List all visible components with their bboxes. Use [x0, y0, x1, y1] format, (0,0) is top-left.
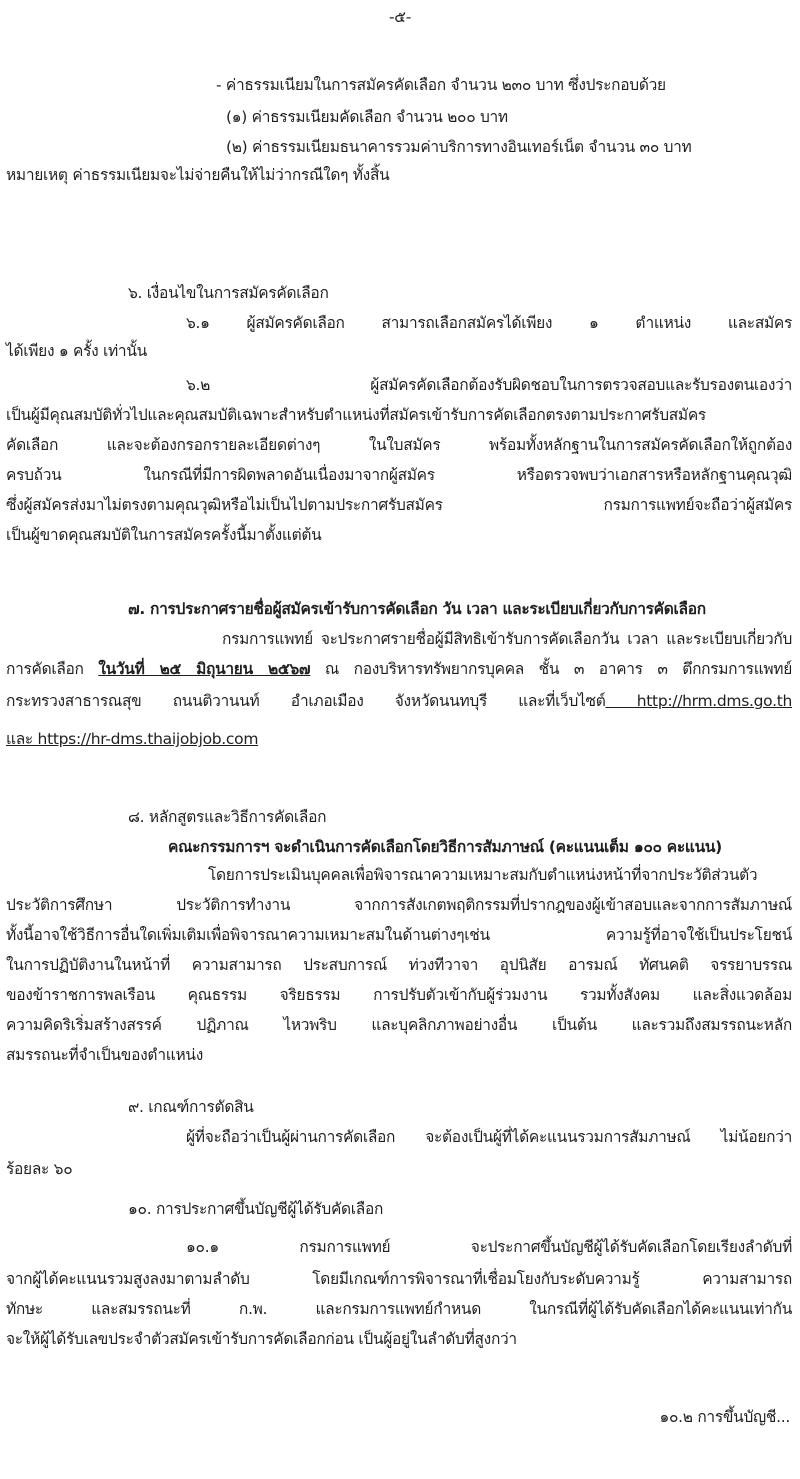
section-8-line: ของข้าราชการพลเรือน คุณธรรม จริยธรรม การ… [6, 982, 792, 1008]
section-6-1-line-1: ๖.๑ ผู้สมัครคัดเลือก สามารถเลือกสมัครได้… [186, 310, 792, 336]
announcement-date: ในวันที่ ๒๕ มิถุนายน ๒๕๖๗ [98, 660, 310, 678]
section-6-2-line: เป็นผู้มีคุณสมบัติทั่วไปและคุณสมบัติเฉพา… [6, 402, 792, 428]
fee-item-2: (๒) ค่าธรรมเนียมธนาคารรวมค่าบริการทางอิน… [226, 134, 691, 160]
section-8-line: โดยการประเมินบุคคลเพื่อพิจารณาความเหมาะส… [208, 862, 792, 888]
section-8-line: ทั้งนี้อาจใช้วิธีการอื่นใดเพิ่มเติมเพื่อ… [6, 922, 792, 948]
section-8-heading: ๘. หลักสูตรและวิธีการคัดเลือก [128, 804, 326, 830]
fee-item-1: (๑) ค่าธรรมเนียมคัดเลือก จำนวน ๒๐๐ บาท [226, 104, 508, 130]
section-7-heading: ๗. การประกาศรายชื่อผู้สมัครเข้ารับการคัด… [128, 596, 706, 622]
section-9-heading: ๙. เกณฑ์การตัดสิน [128, 1094, 254, 1120]
section-7-line-2-prefix: การคัดเลือก [6, 660, 98, 678]
section-8-line: สมรรถนะที่จำเป็นของตำแหน่ง [6, 1042, 203, 1068]
section-8-line: ประวัติการศึกษา ประวัติการทำงาน จากการสั… [6, 892, 792, 918]
section-10-line: ๑๐.๑ กรมการแพทย์ จะประกาศขึ้นบัญชีผู้ได้… [186, 1234, 792, 1260]
section-6-heading: ๖. เงื่อนไขในการสมัครคัดเลือก [128, 280, 329, 306]
section-10-line: ทักษะ และสมรรถนะที่ ก.พ. และกรมการแพทย์ก… [6, 1296, 792, 1322]
section-10-line: จากผู้ได้คะแนนรวมสูงลงมาตามลำดับ โดยมีเก… [6, 1266, 792, 1292]
hrm-website-link[interactable]: http://hrm.dms.go.th [606, 692, 793, 710]
section-6-2-line: ๖.๒ ผู้สมัครคัดเลือกต้องรับผิดชอบในการตร… [186, 372, 792, 398]
fee-note: หมายเหตุ ค่าธรรมเนียมจะไม่จ่ายคืนให้ไม่ว… [6, 162, 389, 188]
section-7-line-2: การคัดเลือก ในวันที่ ๒๕ มิถุนายน ๒๕๖๗ ณ … [6, 656, 792, 682]
section-8-line: ความคิดริเริ่มสร้างสรรค์ ปฏิภาณ ไหวพริบ … [6, 1012, 792, 1038]
section-8-subheading: คณะกรรมการฯ จะดำเนินการคัดเลือกโดยวิธีกา… [168, 834, 722, 860]
fee-total-line: - ค่าธรรมเนียมในการสมัครคัดเลือก จำนวน ๒… [216, 72, 666, 98]
section-7-line-2-suffix: ณ กองบริหารทรัพยากรบุคคล ชั้น ๓ อาคาร ๓ … [310, 660, 792, 678]
section-10-heading: ๑๐. การประกาศขึ้นบัญชีผู้ได้รับคัดเลือก [128, 1196, 383, 1222]
section-7-line-3-prefix: กระทรวงสาธารณสุข ถนนติวานนท์ อำเภอเมือง … [6, 692, 606, 710]
section-6-2-line: ครบถ้วน ในกรณีที่มีการผิดพลาดอันเนื่องมา… [6, 462, 792, 488]
section-7-line-4: และ https://hr-dms.thaijobjob.com [6, 726, 258, 752]
section-7-line-3: กระทรวงสาธารณสุข ถนนติวานนท์ อำเภอเมือง … [6, 688, 792, 714]
section-6-2-line: เป็นผู้ขาดคุณสมบัติในการสมัครครั้งนี้มาต… [6, 522, 321, 548]
section-9-line-2: ร้อยละ ๖๐ [6, 1156, 72, 1182]
section-8-line: ในการปฏิบัติงานในหน้าที่ ความสามารถ ประส… [6, 952, 792, 978]
section-7-line-4-prefix: และ [6, 730, 33, 748]
continuation-text: ๑๐.๒ การขึ้นบัญชี... [0, 1404, 790, 1430]
section-7-line-1: กรมการแพทย์ จะประกาศรายชื่อผู้มีสิทธิเข้… [222, 626, 792, 652]
thaijobjob-website-link[interactable]: https://hr-dms.thaijobjob.com [33, 730, 258, 748]
section-6-2-line: ซึ่งผู้สมัครส่งมาไม่ตรงตามคุณวุฒิหรือไม่… [6, 492, 792, 518]
section-9-line-1: ผู้ที่จะถือว่าเป็นผู้ผ่านการคัดเลือก จะต… [186, 1124, 792, 1150]
section-6-1-line-2: ได้เพียง ๑ ครั้ง เท่านั้น [6, 338, 147, 364]
document-page: -๕- - ค่าธรรมเนียมในการสมัครคัดเลือก จำน… [0, 0, 800, 1479]
page-number: -๕- [0, 4, 800, 30]
section-6-2-line: คัดเลือก และจะต้องกรอกรายละเอียดต่างๆ ใน… [6, 432, 792, 458]
section-10-line: จะให้ผู้ได้รับเลขประจำตัวสมัครเข้ารับการ… [6, 1326, 517, 1352]
